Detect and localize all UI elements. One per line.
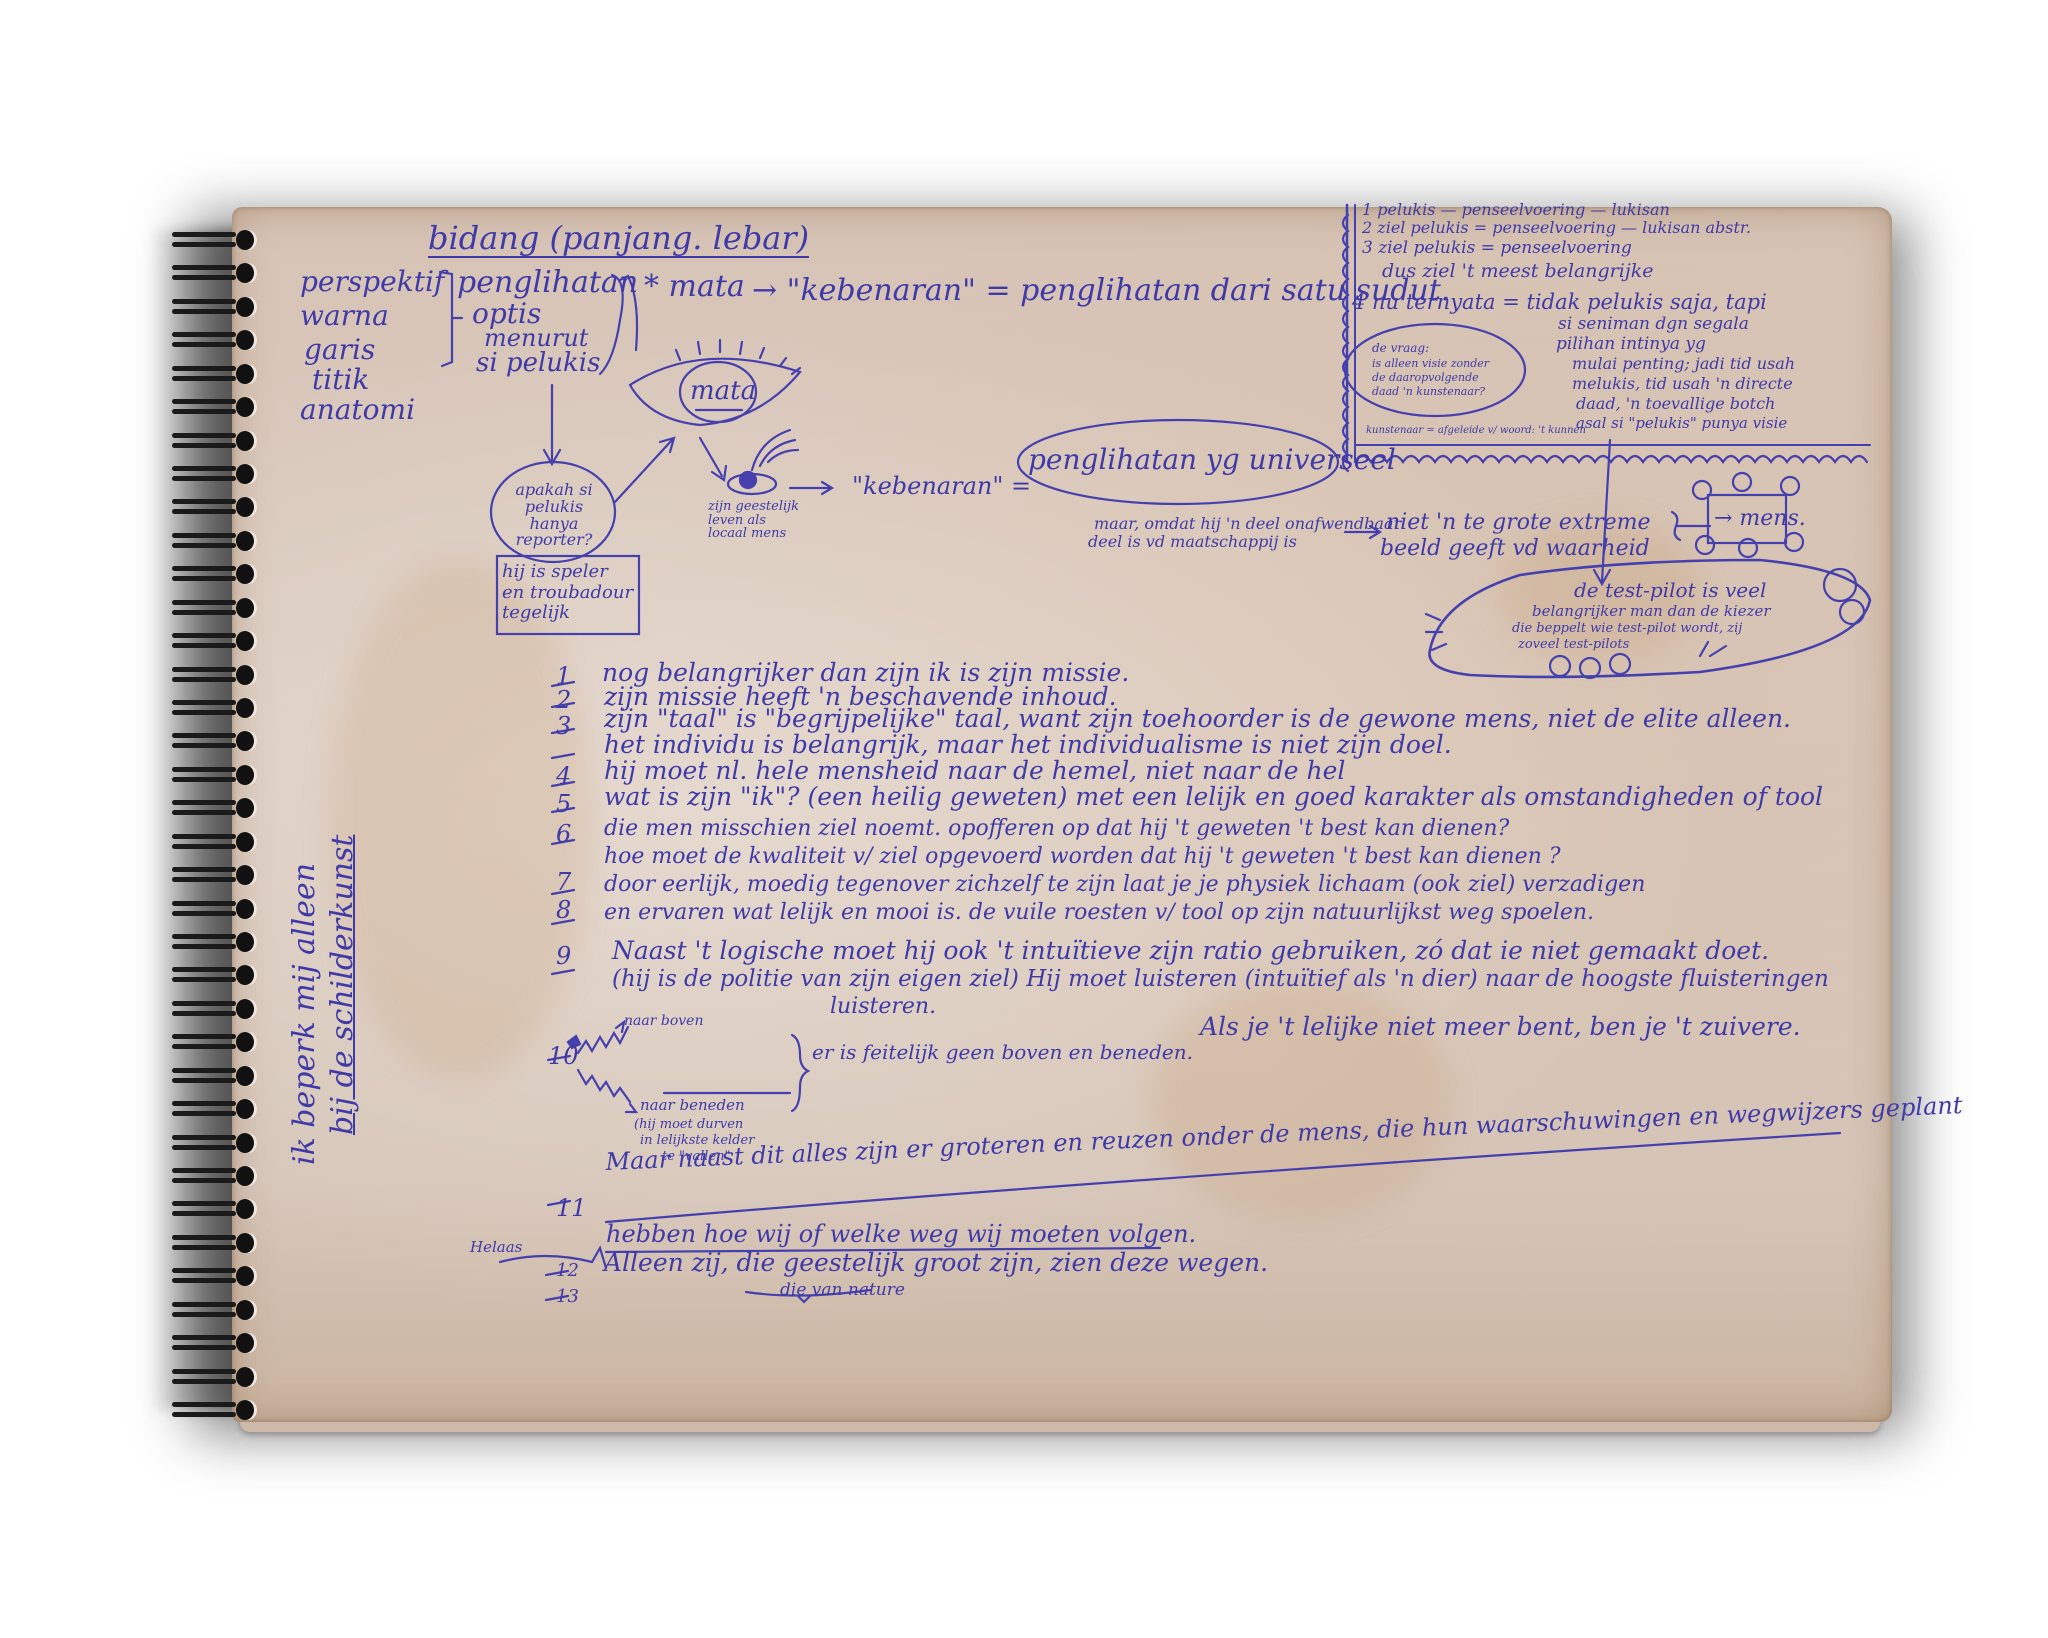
zuivere-line: Als je 't lelijke niet meer bent, ben je… [1200,1014,1801,1039]
note-number: 9 [556,944,571,968]
note-number: 11 [556,1196,587,1220]
insert-van-nature: die van nature [780,1282,905,1299]
note-line: luisteren. [830,996,936,1018]
vraag-circle-text: de vraag: [1372,342,1429,354]
box-line: mulai penting; jadi tid usah [1572,356,1795,372]
maar-line: deel is vd maatschappij is [1088,534,1297,550]
note-11-line: Alleen zij, die geestelijk groot zijn, z… [604,1250,1268,1275]
niet-line: beeld geeft vd waarheid [1380,538,1650,560]
note-line: hij moet nl. hele mensheid naar de hemel… [604,758,1345,783]
note-line: Naast 't logische moet hij ook 't intuït… [612,938,1769,963]
note-line: door eerlijk, moedig tegenover zichzelf … [604,874,1645,896]
vraag-circle-text: de daaropvolgende [1372,372,1479,383]
bracket-item: menurut [484,326,588,350]
note-line: (hij is de politie van zijn eigen ziel) … [612,968,1829,991]
note-11-line: hebben hoe wij of welke weg wij moeten v… [606,1222,1196,1246]
note-line: hoe moet de kwaliteit v/ ziel opgevoerd … [604,846,1561,868]
test-pilot-line: zoveel test-pilots [1518,638,1629,651]
note-number: 8 [556,898,571,922]
test-pilot-line: belangrijker man dan de kiezer [1532,604,1771,619]
mens-box-text: → mens. [1714,508,1806,530]
note-number: 6 [556,822,571,846]
box-line: 4 nu ternyata = tidak pelukis saja, tapi [1352,292,1767,313]
kebenaran-equation: → "kebenaran" = penglihatan dari satu su… [752,276,1450,306]
helaas-note: Helaas [470,1240,522,1255]
box-line: dus ziel 't meest belangrijke [1382,262,1653,281]
note-line: en ervaren wat lelijk en mooi is. de vui… [604,902,1594,924]
note-line: wat is zijn "ik"? (een heilig geweten) m… [604,784,1823,809]
maar-line: maar, omdat hij 'n deel onafwendbaar [1094,516,1401,532]
box-line: asal si "pelukis" punya visie [1576,416,1787,431]
box-line: si seniman dgn segala [1558,316,1749,333]
box-line: melukis, tid usah 'n directe [1572,376,1793,392]
beneden-caption: (hij moet durven [634,1118,743,1131]
bubble-question: apakah si pelukis hanya reporter? [512,482,596,549]
bracket-item: penglihatan [457,268,638,298]
vraag-circle-text: daad 'n kunstenaar? [1372,386,1485,397]
box-line: 1 pelukis — penseelvoering — lukisan [1362,202,1670,218]
naar-boven-label: naar boven [624,1014,703,1028]
note-line: die men misschien ziel noemt. opofferen … [604,818,1509,840]
margin-line: bij de schilderkunst [328,833,358,1135]
box-line: 2 ziel pelukis = penseelvoering — lukisa… [1362,220,1751,236]
note-line: het individu is belangrijk, maar het ind… [604,732,1452,757]
note-number: 13 [556,1288,579,1306]
vertical-margin-note: ik beperk mij alleen bij de schilderkuns… [290,863,350,1165]
kunstenaar-footnote: kunstenaar = afgeleide v/ woord: 't kunn… [1366,426,1586,436]
note-number: 12 [556,1262,579,1280]
mata-label: * mata [644,272,745,302]
box-line: daad, 'n toevallige botch [1576,396,1775,412]
eye-label: mata [690,378,756,404]
note-number: 2 [556,688,571,712]
winged-eye-caption: zijn geestelijk leven als locaal mens [708,500,800,541]
note-line: zijn "taal" is "begrijpelijke" taal, wan… [604,706,1791,731]
test-pilot-line: de test-pilot is veel [1574,580,1766,600]
box-line: 3 ziel pelukis = penseelvoering [1362,240,1632,257]
test-pilot-line: die beppelt wie test-pilot wordt, zij [1512,622,1742,635]
naar-beneden-label: naar beneden [640,1098,745,1113]
margin-line: ik beperk mij alleen [290,863,320,1165]
kebenaran-label: "kebenaran" = [852,474,1031,498]
note-number: 4 [556,764,571,788]
vraag-circle-text: is alleen visie zonder [1372,358,1489,369]
bracket-item: si pelukis [476,350,600,376]
note-number: 1 [556,664,571,688]
universeel-oval-text: penglihatan yg universeel [1028,446,1396,474]
note-number: 3 [556,714,571,738]
niet-line: niet 'n te grote extreme [1386,512,1651,534]
note-number: 5 [556,792,571,816]
note-number: 10 [548,1044,579,1068]
note-number: 7 [556,870,571,894]
brace-text: er is feitelijk geen boven en beneden. [812,1042,1193,1062]
speler-box-text: hij is speler en troubadour tegelijk [502,562,634,624]
box-line: pilihan intinya yg [1556,336,1706,353]
